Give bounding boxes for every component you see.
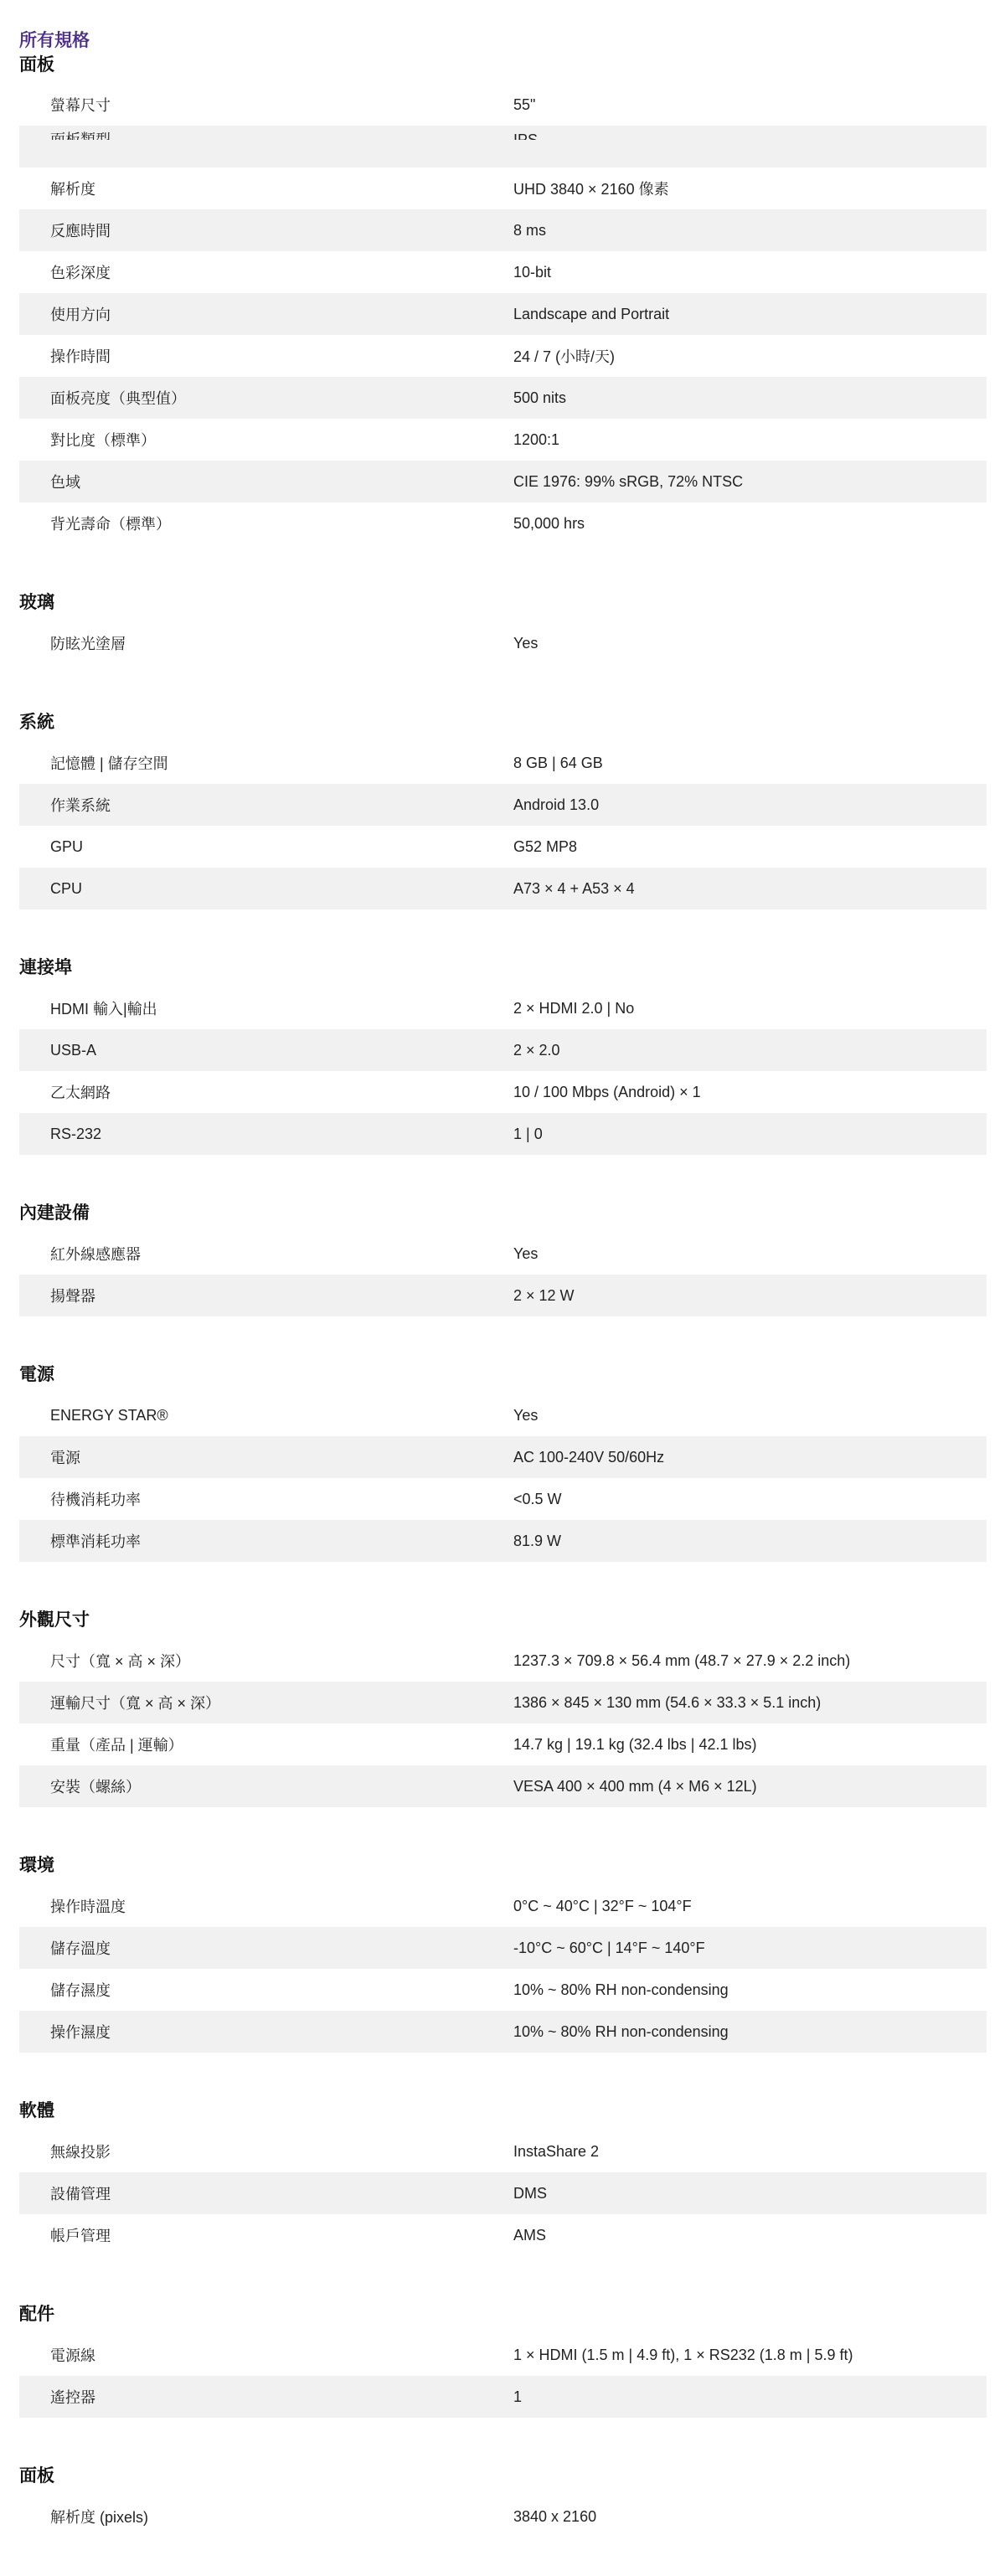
spec-label: 操作濕度 [19, 2021, 482, 2043]
spec-row: USB-A 2 × 2.0 [19, 1029, 987, 1071]
spec-section: 內建設備 紅外線感應器 Yes 揚聲器 2 × 12 W [19, 1194, 987, 1316]
spec-section: 環境 操作時溫度 0°C ~ 40°C | 32°F ~ 104°F 儲存溫度 … [19, 1847, 987, 2053]
spec-label: 標準消耗功率 [19, 1530, 482, 1552]
spec-row: 運輸尺寸（寬 × 高 × 深） 1386 × 845 × 130 mm (54.… [19, 1682, 987, 1723]
section-heading: 電源 [19, 1356, 987, 1394]
section-heading: 玻璃 [19, 584, 987, 622]
spec-value: 3840 x 2160 [482, 2508, 596, 2526]
spec-row: CPU A73 × 4 + A53 × 4 [19, 868, 987, 909]
spec-row: 無線投影 InstaShare 2 [19, 2130, 987, 2172]
spec-label: 色彩深度 [19, 261, 482, 283]
section-heading: 外觀尺寸 [19, 1601, 987, 1640]
spec-section: 面板 螢幕尺寸 55" 面板類型 IPS, 解析度 UHD 3840 × 216… [19, 53, 987, 544]
spec-row: 背光壽命（標準） 50,000 hrs [19, 502, 987, 544]
spec-table: ENERGY STAR® Yes 電源 AC 100-240V 50/60Hz … [19, 1394, 987, 1562]
spec-label: 儲存濕度 [19, 1979, 482, 2001]
spec-label: CPU [19, 880, 482, 898]
spec-label: 電源線 [19, 2344, 482, 2366]
spec-section: 面板 解析度 (pixels) 3840 x 2160 [19, 2457, 987, 2537]
spec-row: 操作時間 24 / 7 (小時/天) [19, 335, 987, 377]
spec-value: 1 [482, 2388, 522, 2406]
page-title: 所有規格 [19, 0, 987, 53]
spec-row: 作業系統 Android 13.0 [19, 784, 987, 826]
spec-table: 紅外線感應器 Yes 揚聲器 2 × 12 W [19, 1233, 987, 1316]
spec-table: 操作時溫度 0°C ~ 40°C | 32°F ~ 104°F 儲存溫度 -10… [19, 1885, 987, 2053]
spec-label: 防眩光塗層 [19, 632, 482, 654]
section-heading: 環境 [19, 1847, 987, 1885]
spec-section: 電源 ENERGY STAR® Yes 電源 AC 100-240V 50/60… [19, 1356, 987, 1562]
spec-value: AC 100-240V 50/60Hz [482, 1449, 664, 1466]
spec-value: 500 nits [482, 389, 566, 407]
spec-row: 紅外線感應器 Yes [19, 1233, 987, 1275]
section-heading: 配件 [19, 2295, 987, 2334]
spec-label: 操作時間 [19, 345, 482, 367]
spec-label: 運輸尺寸（寬 × 高 × 深） [19, 1692, 482, 1713]
spec-section: 系統 記憶體 | 儲存空間 8 GB | 64 GB 作業系統 Android … [19, 703, 987, 909]
spec-value: Yes [482, 635, 538, 652]
spec-value: 1386 × 845 × 130 mm (54.6 × 33.3 × 5.1 i… [482, 1694, 821, 1712]
spec-row: ENERGY STAR® Yes [19, 1394, 987, 1436]
spec-value: AMS [482, 2227, 546, 2244]
spec-label: 面板亮度（典型值） [19, 387, 482, 409]
spec-row: 待機消耗功率 <0.5 W [19, 1478, 987, 1520]
spec-row: 電源 AC 100-240V 50/60Hz [19, 1436, 987, 1478]
spec-value: UHD 3840 × 2160 像素 [482, 178, 669, 199]
spec-value: 0°C ~ 40°C | 32°F ~ 104°F [482, 1898, 692, 1915]
spec-row: 操作時溫度 0°C ~ 40°C | 32°F ~ 104°F [19, 1885, 987, 1927]
spec-value: Android 13.0 [482, 796, 599, 814]
spec-row: 解析度 (pixels) 3840 x 2160 [19, 2496, 987, 2537]
spec-value: InstaShare 2 [482, 2143, 599, 2161]
spec-label: 設備管理 [19, 2182, 482, 2204]
spec-row: 面板類型 IPS, [19, 126, 987, 167]
spec-value: Yes [482, 1245, 538, 1263]
spec-row: RS-232 1 | 0 [19, 1113, 987, 1155]
spec-row: 防眩光塗層 Yes [19, 622, 987, 664]
spec-value: 81.9 W [482, 1533, 561, 1550]
section-heading: 內建設備 [19, 1194, 987, 1233]
spec-table: 記憶體 | 儲存空間 8 GB | 64 GB 作業系統 Android 13.… [19, 742, 987, 909]
spec-value: 2 × 2.0 [482, 1042, 560, 1059]
spec-label: 作業系統 [19, 794, 482, 816]
spec-label: 安裝（螺絲） [19, 1775, 482, 1797]
spec-row: 解析度 UHD 3840 × 2160 像素 [19, 167, 987, 209]
spec-section: 外觀尺寸 尺寸（寬 × 高 × 深） 1237.3 × 709.8 × 56.4… [19, 1601, 987, 1807]
spec-value: 8 GB | 64 GB [482, 755, 603, 772]
spec-value: Yes [482, 1407, 538, 1425]
spec-table: 電源線 1 × HDMI (1.5 m | 4.9 ft), 1 × RS232… [19, 2334, 987, 2418]
spec-row: 安裝（螺絲） VESA 400 × 400 mm (4 × M6 × 12L) [19, 1765, 987, 1807]
spec-value: IPS, [482, 138, 542, 156]
spec-table: HDMI 輸入|輸出 2 × HDMI 2.0 | No USB-A 2 × 2… [19, 987, 987, 1155]
spec-value: VESA 400 × 400 mm (4 × M6 × 12L) [482, 1778, 757, 1795]
spec-section: 配件 電源線 1 × HDMI (1.5 m | 4.9 ft), 1 × RS… [19, 2295, 987, 2418]
spec-sections: 面板 螢幕尺寸 55" 面板類型 IPS, 解析度 UHD 3840 × 216… [19, 53, 987, 2537]
spec-row: 色彩深度 10-bit [19, 251, 987, 293]
spec-row: 標準消耗功率 81.9 W [19, 1520, 987, 1562]
spec-label: 螢幕尺寸 [19, 94, 482, 116]
spec-label: 反應時間 [19, 219, 482, 241]
spec-label: USB-A [19, 1042, 482, 1059]
spec-row: 螢幕尺寸 55" [19, 84, 987, 126]
spec-row: 操作濕度 10% ~ 80% RH non-condensing [19, 2011, 987, 2053]
spec-value: 10% ~ 80% RH non-condensing [482, 2023, 729, 2041]
spec-label: 待機消耗功率 [19, 1488, 482, 1510]
spec-label: 儲存溫度 [19, 1937, 482, 1959]
spec-row: 反應時間 8 ms [19, 209, 987, 251]
spec-section: 玻璃 防眩光塗層 Yes [19, 584, 987, 664]
section-heading: 軟體 [19, 2092, 987, 2130]
spec-section: 軟體 無線投影 InstaShare 2 設備管理 DMS 帳戶管理 AMS [19, 2092, 987, 2256]
spec-row: 對比度（標準） 1200:1 [19, 419, 987, 461]
spec-row: 乙太網路 10 / 100 Mbps (Android) × 1 [19, 1071, 987, 1113]
spec-value: A73 × 4 + A53 × 4 [482, 880, 635, 898]
spec-value: 1 × HDMI (1.5 m | 4.9 ft), 1 × RS232 (1.… [482, 2347, 853, 2364]
spec-label: 解析度 [19, 178, 482, 199]
spec-value: 24 / 7 (小時/天) [482, 345, 615, 367]
spec-row: 記憶體 | 儲存空間 8 GB | 64 GB [19, 742, 987, 784]
spec-row: 帳戶管理 AMS [19, 2214, 987, 2256]
spec-row: 重量（產品 | 運輸） 14.7 kg | 19.1 kg (32.4 lbs … [19, 1723, 987, 1765]
spec-value: 14.7 kg | 19.1 kg (32.4 lbs | 42.1 lbs) [482, 1736, 757, 1754]
spec-value: DMS [482, 2185, 547, 2202]
spec-label: HDMI 輸入|輸出 [19, 997, 482, 1019]
spec-row: 設備管理 DMS [19, 2172, 987, 2214]
spec-value: CIE 1976: 99% sRGB, 72% NTSC [482, 473, 743, 491]
spec-label: GPU [19, 838, 482, 856]
spec-table: 解析度 (pixels) 3840 x 2160 [19, 2496, 987, 2537]
spec-section: 連接埠 HDMI 輸入|輸出 2 × HDMI 2.0 | No USB-A 2… [19, 949, 987, 1155]
spec-label: RS-232 [19, 1126, 482, 1143]
spec-value: 2 × HDMI 2.0 | No [482, 1000, 634, 1018]
spec-page: 所有規格 面板 螢幕尺寸 55" 面板類型 IPS, 解析度 UHD 3840 … [0, 0, 1005, 2537]
spec-table: 防眩光塗層 Yes [19, 622, 987, 664]
spec-value: Landscape and Portrait [482, 306, 669, 323]
spec-value: -10°C ~ 60°C | 14°F ~ 140°F [482, 1940, 705, 1957]
spec-value: 10 / 100 Mbps (Android) × 1 [482, 1084, 701, 1101]
spec-table: 螢幕尺寸 55" 面板類型 IPS, 解析度 UHD 3840 × 2160 像… [19, 84, 987, 544]
section-heading: 面板 [19, 53, 987, 84]
spec-value: 50,000 hrs [482, 515, 585, 533]
spec-row: 尺寸（寬 × 高 × 深） 1237.3 × 709.8 × 56.4 mm (… [19, 1640, 987, 1682]
spec-label: 電源 [19, 1446, 482, 1468]
spec-row: 揚聲器 2 × 12 W [19, 1275, 987, 1316]
spec-row: 使用方向 Landscape and Portrait [19, 293, 987, 335]
spec-label: 記憶體 | 儲存空間 [19, 752, 482, 774]
spec-label: 重量（產品 | 運輸） [19, 1734, 482, 1755]
spec-value: 10-bit [482, 264, 551, 281]
spec-value: 2 × 12 W [482, 1287, 575, 1305]
spec-value: 10% ~ 80% RH non-condensing [482, 1981, 729, 1999]
spec-label: 面板類型 [19, 138, 482, 156]
spec-table: 尺寸（寬 × 高 × 深） 1237.3 × 709.8 × 56.4 mm (… [19, 1640, 987, 1807]
spec-label: 尺寸（寬 × 高 × 深） [19, 1650, 482, 1672]
spec-value: 1200:1 [482, 431, 559, 449]
spec-row: 儲存濕度 10% ~ 80% RH non-condensing [19, 1969, 987, 2011]
spec-table: 無線投影 InstaShare 2 設備管理 DMS 帳戶管理 AMS [19, 2130, 987, 2256]
section-heading: 系統 [19, 703, 987, 742]
spec-row: 儲存溫度 -10°C ~ 60°C | 14°F ~ 140°F [19, 1927, 987, 1969]
spec-label: ENERGY STAR® [19, 1407, 482, 1425]
spec-label: 遙控器 [19, 2386, 482, 2408]
spec-label: 帳戶管理 [19, 2224, 482, 2246]
spec-label: 色域 [19, 471, 482, 492]
spec-value: 1237.3 × 709.8 × 56.4 mm (48.7 × 27.9 × … [482, 1652, 850, 1670]
spec-label: 紅外線感應器 [19, 1243, 482, 1265]
spec-label: 乙太網路 [19, 1081, 482, 1103]
spec-row: HDMI 輸入|輸出 2 × HDMI 2.0 | No [19, 987, 987, 1029]
spec-label: 對比度（標準） [19, 429, 482, 451]
spec-row: 面板亮度（典型值） 500 nits [19, 377, 987, 419]
spec-label: 解析度 (pixels) [19, 2506, 482, 2527]
spec-label: 使用方向 [19, 303, 482, 325]
spec-value: 8 ms [482, 222, 546, 240]
spec-row: 遙控器 1 [19, 2376, 987, 2418]
section-heading: 面板 [19, 2457, 987, 2496]
spec-label: 操作時溫度 [19, 1895, 482, 1917]
spec-row: 電源線 1 × HDMI (1.5 m | 4.9 ft), 1 × RS232… [19, 2334, 987, 2376]
spec-label: 背光壽命（標準） [19, 513, 482, 534]
spec-value: G52 MP8 [482, 838, 577, 856]
spec-label: 揚聲器 [19, 1285, 482, 1306]
spec-row: GPU G52 MP8 [19, 826, 987, 868]
section-heading: 連接埠 [19, 949, 987, 987]
spec-value: 1 | 0 [482, 1126, 543, 1143]
spec-row: 色域 CIE 1976: 99% sRGB, 72% NTSC [19, 461, 987, 502]
spec-value: <0.5 W [482, 1491, 562, 1508]
spec-value: 55" [482, 96, 535, 114]
spec-label: 無線投影 [19, 2141, 482, 2162]
